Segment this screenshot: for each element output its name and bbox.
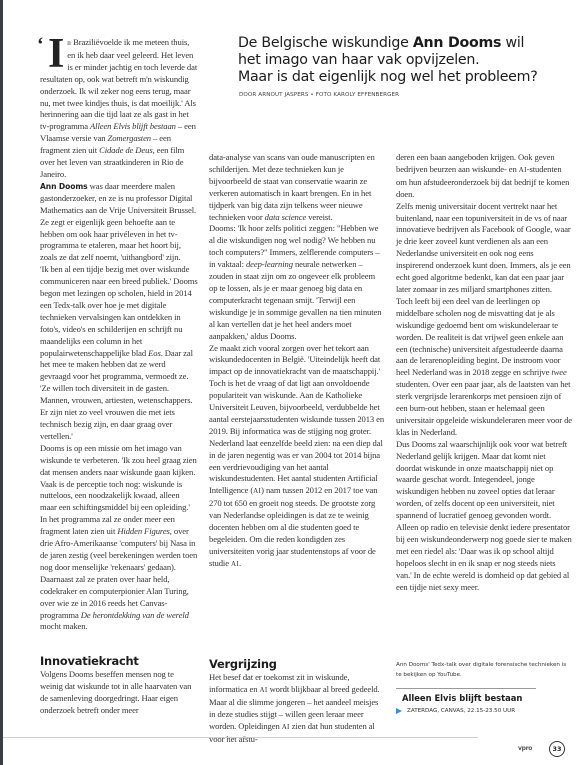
text-run: .: [239, 558, 241, 568]
tedx-note: Ann Dooms' Tedx-talk over digitale foren…: [396, 661, 572, 681]
opening-quote-mark: ‘: [37, 35, 44, 55]
program-info: ZATERDAG, CANVAS, 22.15-23.50 UUR: [396, 708, 515, 714]
program-title: De herontdekking van de wereld: [81, 610, 189, 620]
italic-term: deep-learning: [246, 259, 293, 269]
intro-line3: Maar is dat eigenlijk nog wel het proble…: [238, 69, 568, 86]
paragraph: Dooms is op een missie om het imago van …: [40, 443, 198, 514]
page-number: 33: [549, 741, 565, 757]
film-title: Hidden Figures: [117, 526, 169, 536]
paragraph: data-analyse van scans van oude manuscri…: [209, 152, 385, 223]
person-name: Ann Dooms: [40, 182, 88, 191]
italic-term: data science: [265, 212, 307, 222]
intro-line1: De Belgische wiskundige: [238, 35, 413, 51]
column-3: deren een baan aangeboden krijgen. Ook g…: [396, 152, 572, 594]
drop-cap: I: [48, 37, 64, 71]
page-binding-edge: [0, 0, 3, 765]
paragraph: Ann Dooms was daar meerdere malen gaston…: [40, 181, 198, 264]
paragraph: Dus Dooms zal waarschijnlijk ook voor wa…: [396, 439, 572, 522]
program-title: Zomergasten: [108, 133, 151, 143]
arrow-right-icon: [396, 708, 402, 714]
paragraph: In het programma zal ze onder meer een f…: [40, 514, 198, 633]
program-title: Alleen Elvis blijft bestaan: [402, 693, 522, 703]
text-run: mocht maken.: [40, 621, 87, 631]
text-run: neurale netwerken – zouden in staat zijn…: [209, 259, 381, 340]
intro-line1-end: wil: [501, 35, 524, 51]
text-run: . Daar zal het mee te maken hebben dat z…: [40, 348, 193, 441]
paragraph-vergrijzing: Het besef dat er toekomst zit in wiskund…: [209, 672, 385, 745]
program-schedule: ZATERDAG, CANVAS, 22.15-23.50 UUR: [407, 708, 515, 714]
text-run: was daar meerdere malen gastonderzoeker,…: [40, 181, 196, 262]
paragraph: Ze maakt zich vooral zorgen over het tek…: [209, 343, 385, 438]
text-run: Toch leeft bij een deel van de leerlinge…: [396, 296, 563, 377]
acronym: AI: [253, 487, 261, 495]
byline: DOOR ARNOUT JASPERS • FOTO KAROLY EFFENB…: [239, 92, 399, 98]
paragraph: Dooms: 'Ik hoor zelfs politici zeggen: "…: [209, 223, 385, 342]
paragraph-innovatiekracht: Volgens Dooms beseffen mensen nog te wei…: [40, 669, 198, 717]
intro-line2: het imago van haar vak opvijzelen.: [238, 52, 568, 69]
paragraph: Alleen op radio en televisie denkt ieder…: [396, 522, 572, 593]
paragraph: 'Ik ben al een tijdje bezig met over wis…: [40, 264, 198, 443]
paragraph: Toch leeft bij een deel van de leerlinge…: [396, 296, 572, 439]
text-run: vereist.: [306, 212, 332, 222]
paragraph: deren een baan aangeboden krijgen. Ook g…: [396, 152, 572, 201]
text-run: studenten. Over een paar jaar, als de la…: [396, 379, 572, 437]
section-heading-vergrijzing: Vergrijzing: [209, 657, 277, 671]
column-2: data-analyse van scans van oude manuscri…: [209, 152, 385, 571]
text-run: , over drie Afro-Amerikaanse 'computers'…: [40, 526, 197, 619]
acronym: AI: [519, 166, 527, 174]
text-run: ) nam tussen 2012 en 2017 toe van 270 to…: [209, 485, 377, 567]
paragraph: Zelfs menig universitair docent vertrekt…: [396, 201, 572, 296]
section-heading-innovatiekracht: Innovatiekracht: [40, 654, 139, 668]
program-box-divider: [396, 688, 536, 689]
italic-term: twee: [551, 367, 566, 377]
text-run: 'Ik ben al een tijdje bezig met over wis…: [40, 264, 198, 357]
paragraph: Nederland laat eenzelfde beeld zien: na …: [209, 438, 385, 571]
intro-heading: De Belgische wiskundige Ann Dooms wil he…: [238, 35, 568, 86]
acronym: AI: [260, 686, 268, 694]
footer-divider: [3, 737, 478, 738]
paragraph-opening: ‘In Braziliëvoelde ik me meteen thuis, e…: [40, 37, 198, 181]
acronym: AI: [231, 560, 239, 568]
film-title: Cidade de Deus: [99, 145, 153, 155]
magazine-title: Eos: [148, 348, 161, 358]
acronym: AI: [282, 723, 290, 731]
intro-name: Ann Dooms: [413, 35, 501, 51]
program-title: Alleen Elvis blijft bestaan: [90, 121, 176, 131]
column-1: ‘In Braziliëvoelde ik me meteen thuis, e…: [40, 37, 198, 633]
magazine-logo: vpro: [518, 745, 532, 752]
